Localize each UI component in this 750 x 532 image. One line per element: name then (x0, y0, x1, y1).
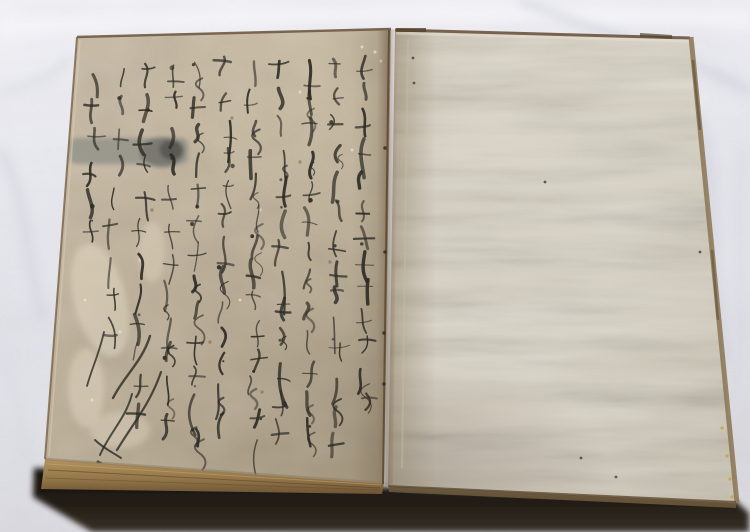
right-page-bottom-shading (385, 250, 745, 512)
left-page (40, 20, 400, 495)
right-page (385, 20, 745, 512)
photo-canvas (0, 0, 750, 532)
photo-of-open-manuscript (0, 0, 750, 532)
gray-smudge-stain (70, 137, 188, 167)
